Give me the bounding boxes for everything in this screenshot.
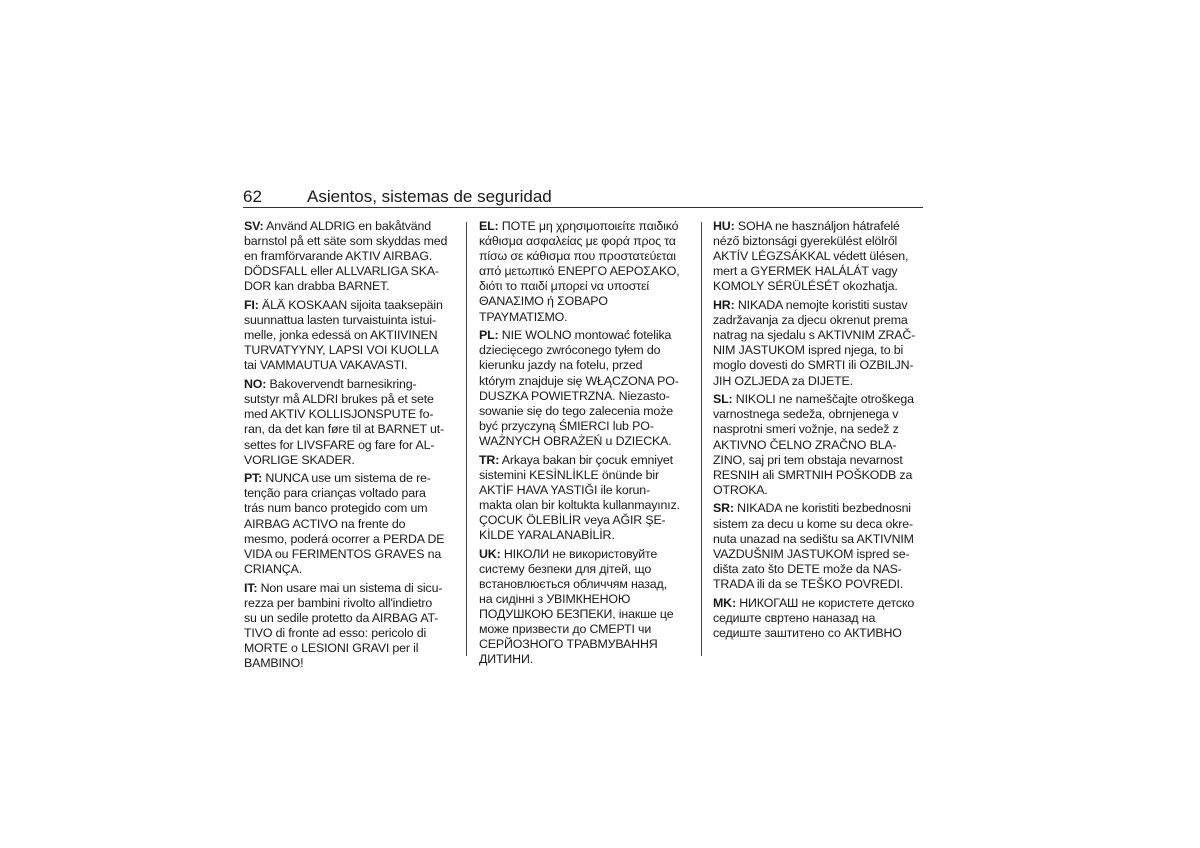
warning-paragraph: SL: NIKOLI ne nameščajte otroškegavarnos… — [713, 392, 929, 498]
text-line: VAZDUŠNIM JASTUKOM ispred se- — [713, 547, 929, 562]
language-code: HR: — [713, 298, 735, 312]
text-line: SV: Använd ALDRIG en bakåtvänd — [244, 219, 460, 234]
text-line: MORTE o LESIONI GRAVI per il — [244, 641, 460, 656]
text-segment: NUNCA use um sistema de re- — [262, 471, 431, 485]
text-line: седиште заштитено со АКТИВНО — [713, 626, 929, 641]
column-divider — [701, 222, 702, 656]
text-line: tenção para crianças voltado para — [244, 486, 460, 501]
warning-paragraph: PL: NIE WOLNO montować fotelikadziecięce… — [479, 328, 695, 449]
text-segment: SOHA ne használjon hátrafelé — [735, 219, 900, 233]
text-line: VIDA ou FERIMENTOS GRAVES na — [244, 547, 460, 562]
section-title: Asientos, sistemas de seguridad — [307, 187, 552, 207]
text-line: IT: Non usare mai un sistema di sicu- — [244, 581, 460, 596]
text-segment: Bakovervendt barnesikring- — [266, 377, 416, 391]
text-line: CRIANÇA. — [244, 562, 460, 577]
text-line: ran, da det kan føre til at BARNET ut- — [244, 422, 460, 437]
text-line: którym znajduje się WŁĄCZONA PO- — [479, 374, 695, 389]
text-line: MK: НИКОГАШ не користете детско — [713, 596, 929, 611]
warning-paragraph: EL: ΠΟΤΕ μη χρησιμοποιείτε παιδικόκάθισμ… — [479, 219, 695, 325]
text-line: TRADA ili da se TEŠKO POVREDI. — [713, 577, 929, 592]
text-segment: NIKADA nemojte koristiti sustav — [735, 298, 908, 312]
text-line: moglo dovesti do SMRTI ili OZBILJN- — [713, 358, 929, 373]
text-line: varnostnega sedeža, obrnjenega v — [713, 407, 929, 422]
text-line: BAMBINO! — [244, 656, 460, 671]
text-line: med AKTIV KOLLISJONSPUTE fo- — [244, 407, 460, 422]
language-code: MK: — [713, 596, 736, 610]
text-line: EL: ΠΟΤΕ μη χρησιμοποιείτε παιδικό — [479, 219, 695, 234]
text-line: PT: NUNCA use um sistema de re- — [244, 471, 460, 486]
language-code: FI: — [244, 298, 259, 312]
language-code: SL: — [713, 392, 733, 406]
warning-paragraph: FI: ÄLÄ KOSKAAN sijoita taaksepäinsuunna… — [244, 298, 460, 373]
language-code: IT: — [244, 581, 257, 595]
text-line: DÖDSFALL eller ALLVARLIGA SKA- — [244, 264, 460, 279]
text-line: dišta zato što DETE može da NAS- — [713, 562, 929, 577]
text-line: natrag na sjedalu s AKTIVNIM ZRAČ- — [713, 328, 929, 343]
text-segment: Använd ALDRIG en bakåtvänd — [264, 219, 431, 233]
text-column-3: HU: SOHA ne használjon hátrafelénéző biz… — [713, 219, 929, 645]
warning-paragraph: MK: НИКОГАШ не користете детскоседиште с… — [713, 596, 929, 641]
text-line: sistem za decu u kome su deca okre- — [713, 517, 929, 532]
text-line: su un sedile protetto da AIRBAG AT- — [244, 611, 460, 626]
text-line: dziecięcego zwróconego tyłem do — [479, 343, 695, 358]
language-code: SV: — [244, 219, 264, 233]
text-line: HU: SOHA ne használjon hátrafelé — [713, 219, 929, 234]
text-line: settes for LIVSFARE og fare for AL- — [244, 438, 460, 453]
text-line: TURVATYYNY, LAPSI VOI KUOLLA — [244, 343, 460, 358]
text-line: СЕРЙОЗНОГО ТРАВМУВАННЯ — [479, 637, 695, 652]
text-line: mesmo, poderá ocorrer a PERDA DE — [244, 532, 460, 547]
page-number: 62 — [243, 187, 262, 207]
text-line: διότι το παιδί μπορεί να υποστεί — [479, 279, 695, 294]
warning-paragraph: NO: Bakovervendt barnesikring-sutstyr må… — [244, 377, 460, 468]
text-line: FI: ÄLÄ KOSKAAN sijoita taaksepäin — [244, 298, 460, 313]
text-line: ПОДУШКОЮ БЕЗПЕКИ, інакше це — [479, 607, 695, 622]
text-line: KİLDE YARALANABİLİR. — [479, 528, 695, 543]
text-line: KOMOLY SÉRÜLÉSÉT okozhatja. — [713, 279, 929, 294]
text-segment: Arkaya bakan bir çocuk emniyet — [499, 453, 673, 467]
text-segment: NIE WOLNO montować fotelika — [499, 328, 672, 342]
text-line: TIVO di fronte ad esso: pericolo di — [244, 626, 460, 641]
text-line: ZINO, saj pri tem obstaja nevarnost — [713, 453, 929, 468]
text-line: nuta unazad na sedištu sa AKTIVNIM — [713, 532, 929, 547]
text-line: ΤΡΑΥΜΑΤΙΣΜΟ. — [479, 310, 695, 325]
text-line: ΘΑΝΑΣΙΜΟ ή ΣΟΒΑΡΟ — [479, 294, 695, 309]
warning-paragraph: IT: Non usare mai un sistema di sicu-rez… — [244, 581, 460, 672]
text-line: седиште свртено наназад на — [713, 611, 929, 626]
warning-paragraph: HR: NIKADA nemojte koristiti sustavzadrž… — [713, 298, 929, 389]
text-line: nasprotni smeri vožnje, na sedež z — [713, 422, 929, 437]
warning-paragraph: TR: Arkaya bakan bir çocuk emniyetsistem… — [479, 453, 695, 544]
text-line: RESNIH ali SMRTNIH POŠKODB za — [713, 468, 929, 483]
text-line: NO: Bakovervendt barnesikring- — [244, 377, 460, 392]
text-line: sowanie się do tego zalecenia może — [479, 404, 695, 419]
text-line: JIH OZLJEDA za DIJETE. — [713, 374, 929, 389]
text-line: sutstyr må ALDRI brukes på et sete — [244, 392, 460, 407]
text-line: VORLIGE SKADER. — [244, 453, 460, 468]
text-line: NIM JASTUKOM ispred njega, to bi — [713, 343, 929, 358]
text-line: mert a GYERMEK HALÁLÁT vagy — [713, 264, 929, 279]
text-line: AIRBAG ACTIVO na frente do — [244, 517, 460, 532]
text-segment: ΠΟΤΕ μη χρησιμοποιείτε παιδικό — [499, 219, 679, 233]
text-line: систему безпеки для дітей, що — [479, 562, 695, 577]
text-line: barnstol på ett säte som skyddas med — [244, 234, 460, 249]
text-line: en framförvarande AKTIV AIRBAG. — [244, 249, 460, 264]
language-code: HU: — [713, 219, 735, 233]
text-column-2: EL: ΠΟΤΕ μη χρησιμοποιείτε παιδικόκάθισμ… — [479, 219, 695, 671]
text-line: AKTİF HAVA YASTIĞI ile korun- — [479, 483, 695, 498]
text-line: ÇOCUK ÖLEBİLİR veya AĞIR ŞE- — [479, 513, 695, 528]
language-code: NO: — [244, 377, 266, 391]
text-line: néző biztonsági gyerekülést elölről — [713, 234, 929, 249]
text-line: UK: НІКОЛИ не використовуйте — [479, 547, 695, 562]
text-line: suunnattua lasten turvaistuinta istui- — [244, 313, 460, 328]
text-line: OTROKA. — [713, 483, 929, 498]
text-line: SR: NIKADA ne koristiti bezbednosni — [713, 501, 929, 516]
text-line: sistemini KESİNLİKLE önünde bir — [479, 468, 695, 483]
text-line: DOR kan drabba BARNET. — [244, 279, 460, 294]
language-code: PL: — [479, 328, 499, 342]
language-code: TR: — [479, 453, 499, 467]
text-line: HR: NIKADA nemojte koristiti sustav — [713, 298, 929, 313]
text-line: PL: NIE WOLNO montować fotelika — [479, 328, 695, 343]
warning-paragraph: SV: Använd ALDRIG en bakåtvändbarnstol p… — [244, 219, 460, 294]
text-line: на сидінні з УВІМКНЕНОЮ — [479, 592, 695, 607]
text-line: πίσω σε κάθισμα που προστατεύεται — [479, 249, 695, 264]
text-line: zadržavanja za djecu okrenut prema — [713, 313, 929, 328]
text-line: tai VAMMAUTUA VAKAVASTI. — [244, 358, 460, 373]
warning-paragraph: PT: NUNCA use um sistema de re-tenção pa… — [244, 471, 460, 577]
language-code: UK: — [479, 547, 501, 561]
text-segment: NIKOLI ne nameščajte otroškega — [733, 392, 914, 406]
text-line: SL: NIKOLI ne nameščajte otroškega — [713, 392, 929, 407]
text-line: rezza per bambini rivolto all'indietro — [244, 596, 460, 611]
language-code: SR: — [713, 501, 734, 515]
text-line: ДИТИНИ. — [479, 652, 695, 667]
text-segment: NIKADA ne koristiti bezbednosni — [734, 501, 911, 515]
text-segment: НІКОЛИ не використовуйте — [501, 547, 658, 561]
text-line: може призвести до СМЕРТІ чи — [479, 622, 695, 637]
text-line: DUSZKA POWIETRZNA. Niezasto- — [479, 389, 695, 404]
text-line: makta olan bir koltukta kullanmayınız. — [479, 498, 695, 513]
text-line: AKTÍV LÉGZSÁKKAL védett ülésen, — [713, 249, 929, 264]
text-line: kierunku jazdy na fotelu, przed — [479, 358, 695, 373]
text-line: κάθισμα ασφαλείας με φορά προς τα — [479, 234, 695, 249]
text-column-1: SV: Använd ALDRIG en bakåtvändbarnstol p… — [244, 219, 460, 675]
language-code: EL: — [479, 219, 499, 233]
text-line: AKTIVNO ČELNO ZRAČNO BLA- — [713, 438, 929, 453]
text-line: trás num banco protegido com um — [244, 501, 460, 516]
text-line: встановлюється обличчям назад, — [479, 577, 695, 592]
page-header: 62 Asientos, sistemas de seguridad — [243, 187, 923, 208]
text-line: TR: Arkaya bakan bir çocuk emniyet — [479, 453, 695, 468]
warning-paragraph: UK: НІКОЛИ не використовуйтесистему безп… — [479, 547, 695, 668]
text-segment: НИКОГАШ не користете детско — [736, 596, 914, 610]
language-code: PT: — [244, 471, 262, 485]
text-segment: Non usare mai un sistema di sicu- — [257, 581, 442, 595]
warning-paragraph: HU: SOHA ne használjon hátrafelénéző biz… — [713, 219, 929, 294]
text-segment: ÄLÄ KOSKAAN sijoita taaksepäin — [259, 298, 443, 312]
warning-paragraph: SR: NIKADA ne koristiti bezbednosnisiste… — [713, 501, 929, 592]
column-divider — [466, 222, 467, 656]
text-line: melle, jonka edessä on AKTIIVINEN — [244, 328, 460, 343]
text-line: WAŻNYCH OBRAŻEŃ u DZIECKA. — [479, 434, 695, 449]
text-line: από μετωπικό ΕΝΕΡΓΟ ΑΕΡΟΣΑΚΟ, — [479, 264, 695, 279]
text-line: być przyczyną ŚMIERCI lub PO- — [479, 419, 695, 434]
